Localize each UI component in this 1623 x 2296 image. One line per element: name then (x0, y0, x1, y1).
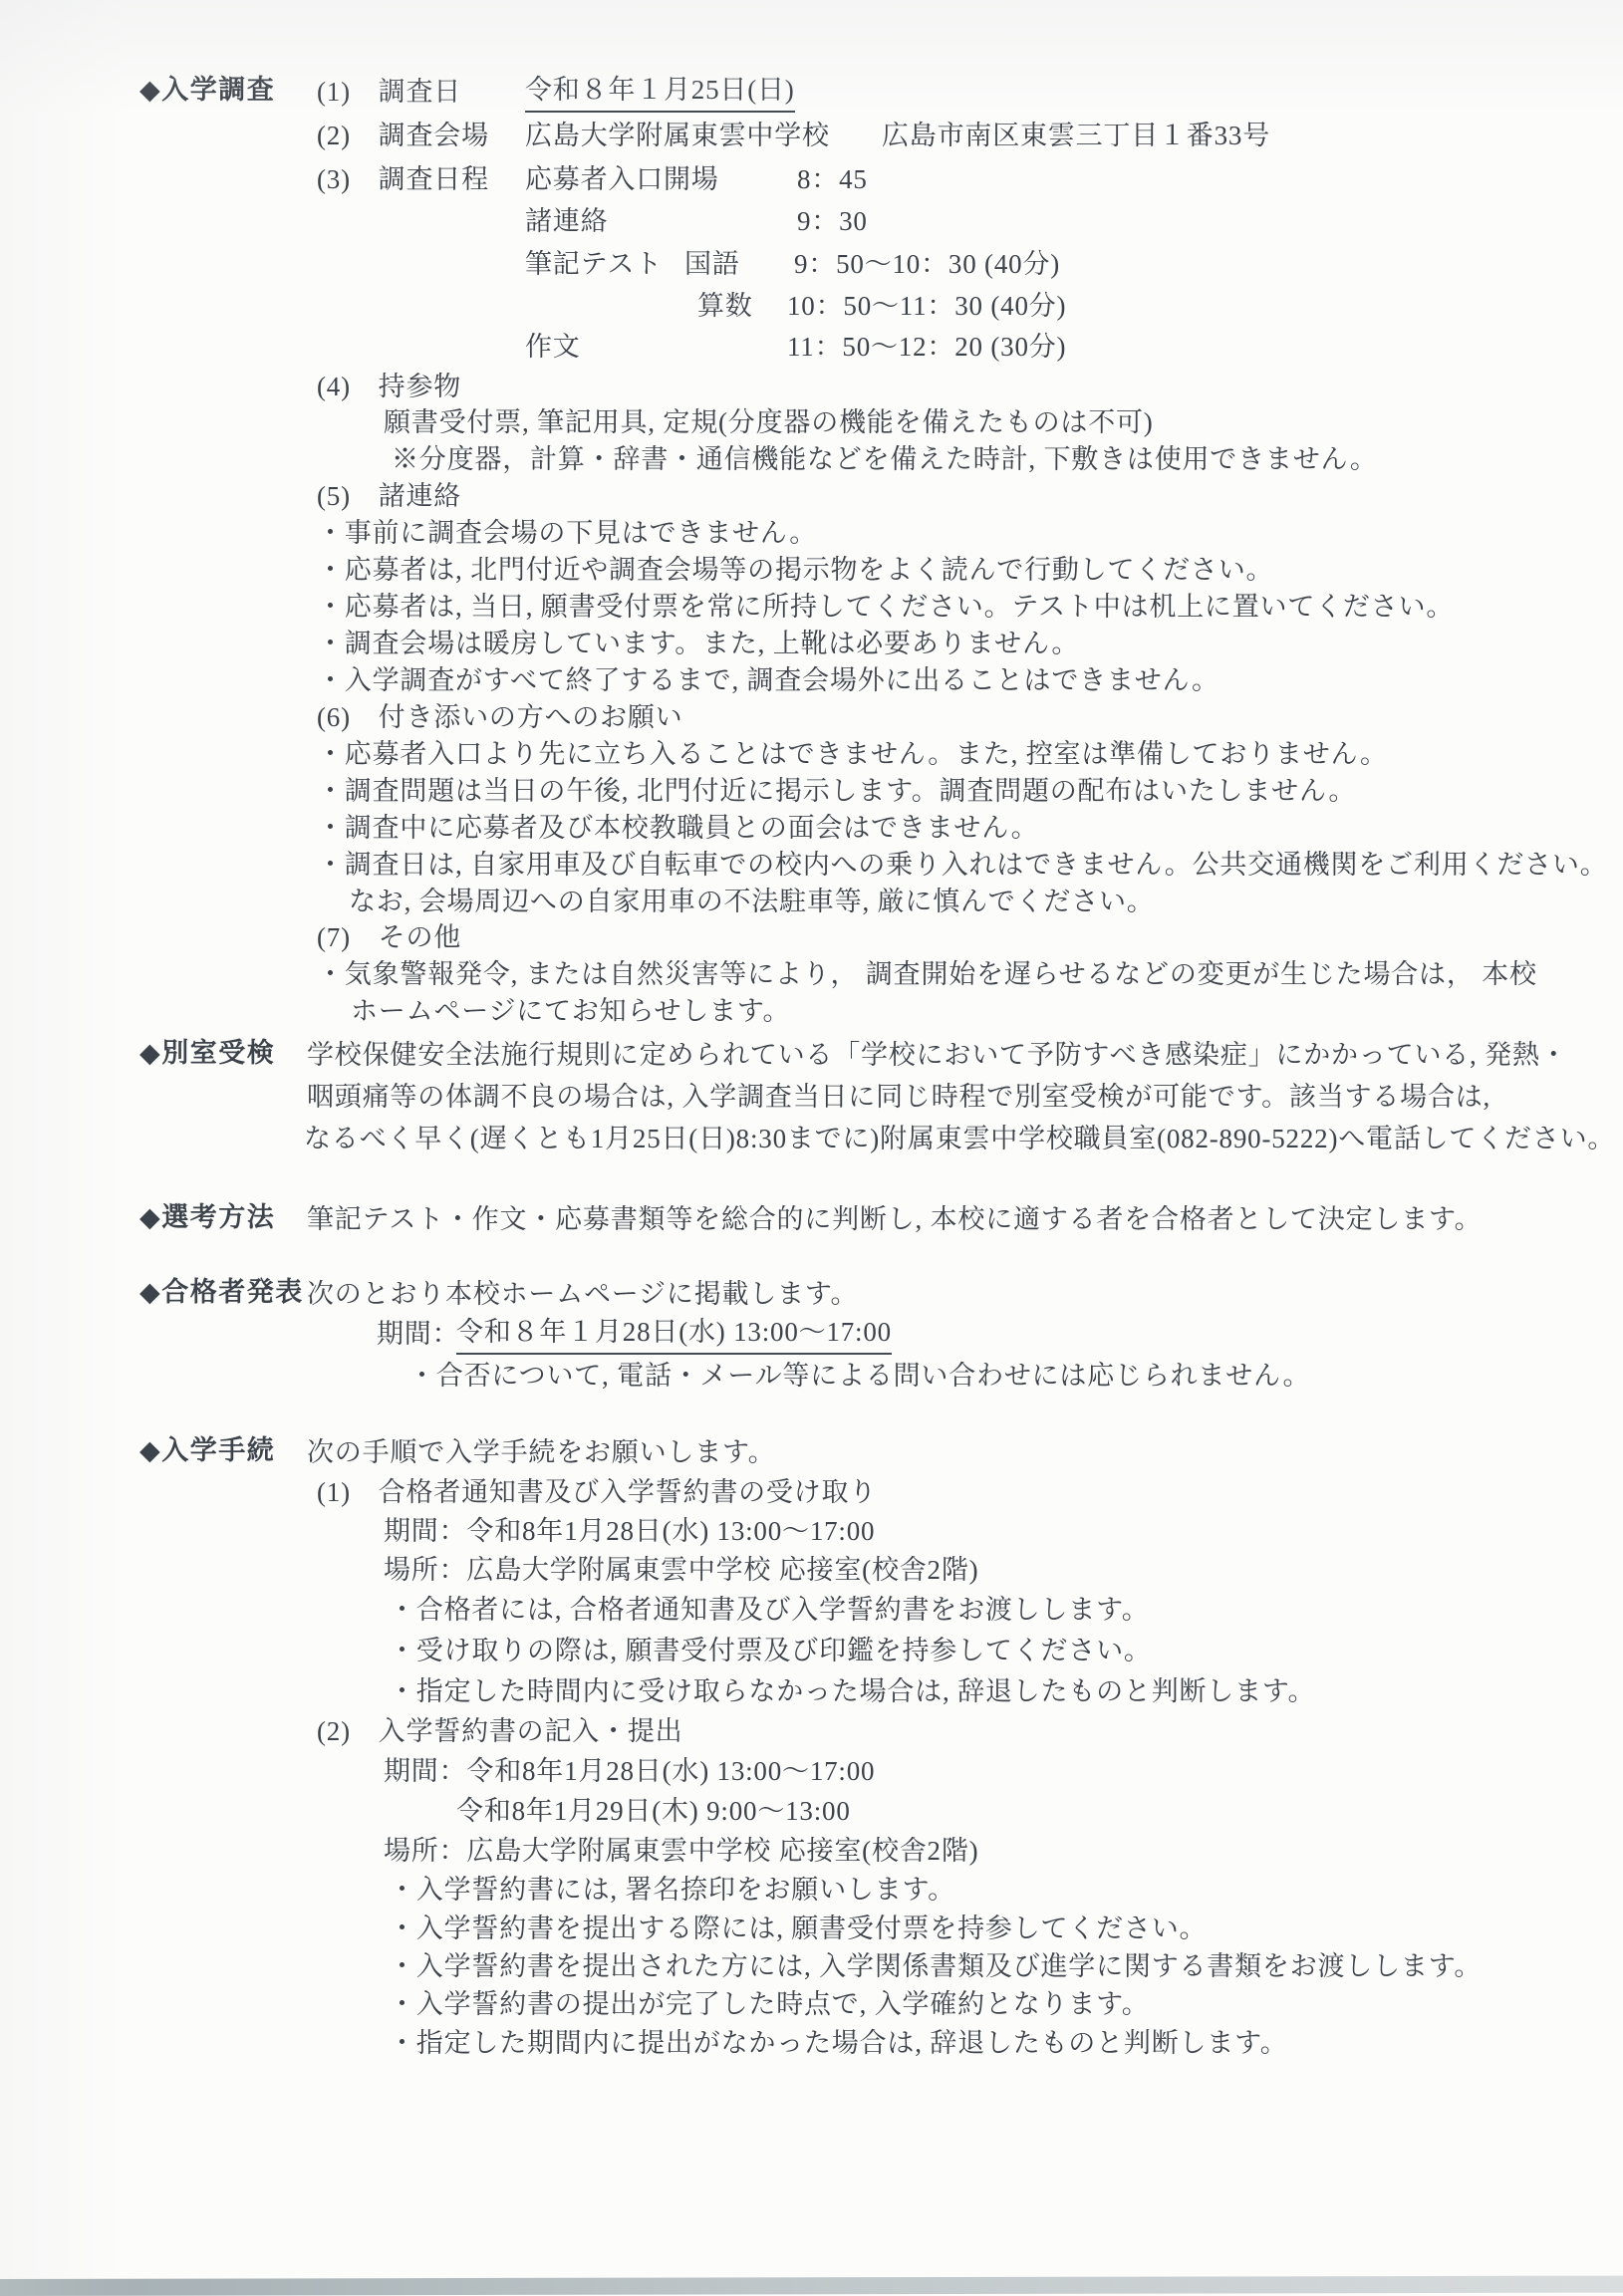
section-separate-room-heading: ◆別室受検 (139, 1037, 275, 1070)
schedule-sakubun-time: 11：50～12：20 (30分) (787, 331, 1066, 364)
schedule-open-label: 応募者入口開場 (525, 163, 719, 196)
admission-notes-bullet-2: ・応募者は, 北門付近や調査会場等の掲示物をよく読んで行動してください。 (317, 554, 1273, 587)
procedure-step2-period-1: 期間：令和8年1月28日(水) 13:00～17:00 (384, 1755, 875, 1788)
schedule-kokugo-time: 9：50～10：30 (40分) (794, 248, 1060, 281)
procedure-step2-place: 場所：広島大学附属東雲中学校 応接室(校舎2階) (384, 1835, 978, 1868)
chaperone-bullet-1: ・応募者入口より先に立ち入ることはできません。また, 控室は準備しておりません。 (317, 738, 1388, 771)
chaperone-label: (6) 付き添いの方へのお願い (317, 701, 682, 734)
section-procedure-heading: ◆入学手続 (139, 1434, 275, 1467)
announcement-line-1: 次のとおり本校ホームページに掲載します。 (307, 1278, 858, 1311)
procedure-step2-bullet-2: ・入学誓約書を提出する際には, 願書受付票を持参してください。 (389, 1913, 1207, 1945)
admission-notes-bullet-1: ・事前に調査会場の下見はできません。 (317, 517, 817, 550)
doc-page: ◆入学調査 (1) 調査日 令和８年１月25日(日) (2) 調査会場 広島大学… (0, 0, 1623, 2296)
admission-items-line2: ※分度器，計算・辞書・通信機能などを備えた時計, 下敷きは使用できません。 (392, 443, 1378, 476)
schedule-sansu-label: 算数 (697, 290, 753, 323)
admission-date-value: 令和８年１月25日(日) (525, 74, 795, 113)
admission-venue-address: 広島市南区東雲三丁目１番33号 (882, 120, 1270, 152)
admission-items-line1: 願書受付票, 筆記用具, 定規(分度器の機能を備えたものは不可) (384, 406, 1154, 439)
schedule-open-time: 8：45 (797, 163, 868, 196)
separate-room-line-1: 学校保健安全法施行規則に定められている「学校において予防すべき感染症」にかかって… (307, 1039, 1568, 1072)
admission-notes-bullet-3: ・応募者は, 当日, 願書受付票を常に所持してください。テスト中は机上に置いてく… (317, 591, 1454, 624)
procedure-step1-place: 場所：広島大学附属東雲中学校 応接室(校舎2階) (384, 1554, 978, 1587)
procedure-intro: 次の手順で入学手続をお願いします。 (307, 1436, 775, 1469)
procedure-step2-bullet-4: ・入学誓約書の提出が完了した時点で, 入学確約となります。 (389, 1988, 1150, 2021)
schedule-renraku-label: 諸連絡 (525, 205, 608, 238)
chaperone-bullet-2: ・調査問題は当日の午後, 北門付近に掲示します。調査問題の配布はいたしません。 (317, 775, 1356, 808)
admission-items-label: (4) 持参物 (317, 371, 461, 403)
procedure-step2-bullet-3: ・入学誓約書を提出された方には, 入学関係書類及び進学に関する書類をお渡しします… (389, 1950, 1482, 1983)
admission-notes-bullet-5: ・入学調査がすべて終了するまで, 調査会場外に出ることはできません。 (317, 664, 1219, 697)
procedure-step2-label: (2) 入学誓約書の記入・提出 (317, 1715, 682, 1748)
scan-bottom-edge-artifact (0, 2276, 1623, 2296)
admission-schedule-label: (3) 調査日程 (317, 163, 489, 196)
procedure-step1-period: 期間：令和8年1月28日(水) 13:00～17:00 (384, 1515, 875, 1548)
schedule-test-label: 筆記テスト (525, 248, 663, 281)
admission-venue-value: 広島大学附属東雲中学校 (525, 120, 830, 152)
announcement-period-value: 令和８年１月28日(水) 13:00～17:00 (456, 1316, 892, 1355)
separate-room-line-3: なるべく早く(遅くとも1月25日(日)8:30までに)附属東雲中学校職員室(08… (304, 1123, 1615, 1155)
schedule-renraku-time: 9：30 (797, 205, 868, 238)
procedure-step2-bullet-5: ・指定した期間内に提出がなかった場合は, 辞退したものと判断します。 (389, 2027, 1288, 2060)
chaperone-bullet-4-cont: なお, 会場周辺への自家用車の不法駐車等, 厳に慎んでください。 (349, 886, 1155, 918)
admission-date-label: (1) 調査日 (317, 76, 461, 109)
separate-room-line-2: 咽頭痛等の体調不良の場合は, 入学調査当日に同じ時程で別室受検が可能です。該当す… (307, 1081, 1490, 1114)
section-announcement-heading: ◆合格者発表 (139, 1276, 304, 1309)
other-bullet-1: ・気象警報発令, または自然災害等により， 調査開始を遅らせるなどの変更が生じた… (317, 958, 1537, 991)
procedure-step1-bullet-1: ・合格者には, 合格者通知書及び入学誓約書をお渡しします。 (389, 1594, 1150, 1627)
announcement-period-label: 期間： (377, 1318, 459, 1351)
admission-venue-label: (2) 調査会場 (317, 120, 489, 152)
section-selection-heading: ◆選考方法 (139, 1201, 275, 1234)
selection-line-1: 筆記テスト・作文・応募書類等を総合的に判断し, 本校に適する者を合格者として決定… (307, 1203, 1482, 1236)
procedure-step1-bullet-3: ・指定した時間内に受け取らなかった場合は, 辞退したものと判断します。 (389, 1675, 1315, 1708)
schedule-sakubun-label: 作文 (525, 331, 581, 364)
other-label: (7) その他 (317, 921, 461, 954)
procedure-step2-bullet-1: ・入学誓約書には, 署名捺印をお願いします。 (389, 1874, 955, 1907)
chaperone-bullet-3: ・調査中に応募者及び本校教職員との面会はできません。 (317, 812, 1038, 845)
schedule-kokugo-label: 国語 (684, 248, 740, 281)
procedure-step1-label: (1) 合格者通知書及び入学誓約書の受け取り (317, 1476, 877, 1509)
admission-notes-label: (5) 諸連絡 (317, 480, 461, 513)
schedule-sansu-time: 10：50～11：30 (40分) (787, 290, 1066, 323)
section-admission-heading: ◆入学調査 (139, 74, 275, 107)
other-bullet-1-cont: ホームページにてお知らせします。 (351, 995, 790, 1028)
procedure-step2-period-2: 令和8年1月29日(木) 9:00～13:00 (456, 1795, 851, 1828)
admission-notes-bullet-4: ・調査会場は暖房しています。また, 上靴は必要ありません。 (317, 628, 1079, 660)
procedure-step1-bullet-2: ・受け取りの際は, 願書受付票及び印鑑を持参してください。 (389, 1635, 1152, 1667)
announcement-note: ・合否について, 電話・メール等による問い合わせには応じられません。 (408, 1360, 1310, 1393)
chaperone-bullet-4: ・調査日は, 自家用車及び自転車での校内への乗り入れはできません。公共交通機関を… (317, 849, 1608, 882)
